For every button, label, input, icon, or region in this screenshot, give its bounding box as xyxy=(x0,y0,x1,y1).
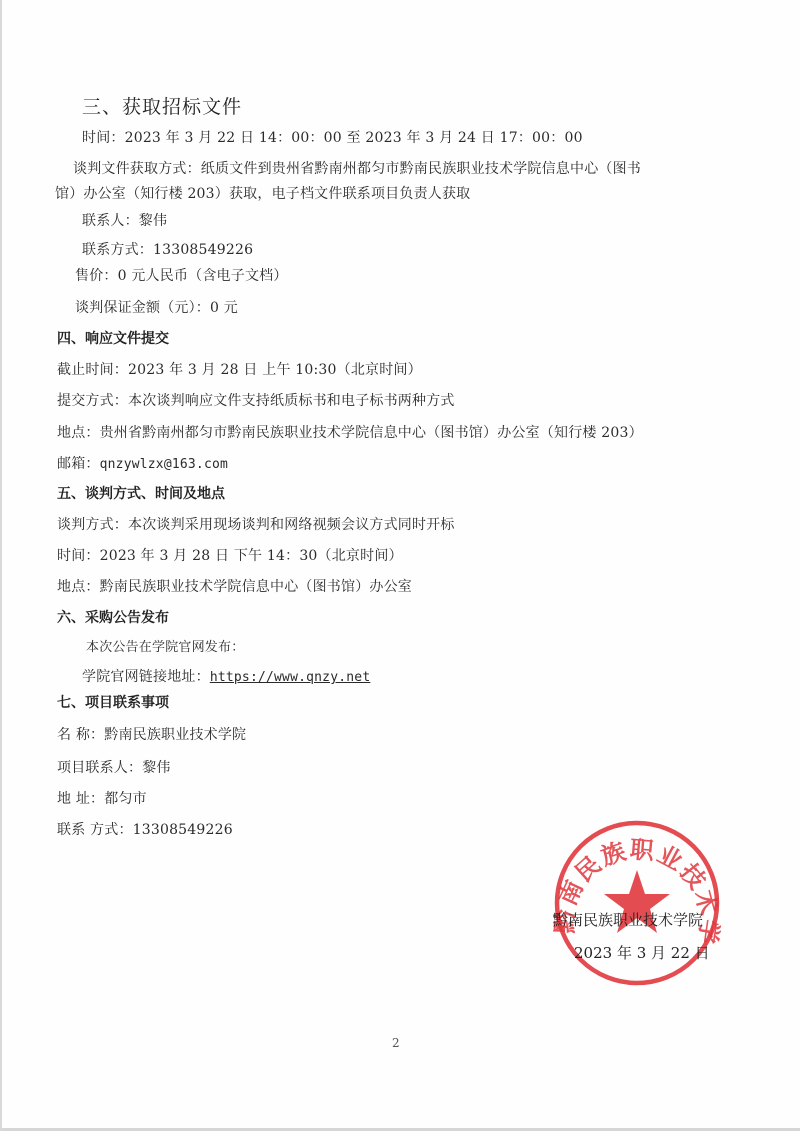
project-contact-phone: 联系 方式：13308549226 xyxy=(57,822,233,838)
doc-acquire-method-line2: 馆）办公室（知行楼 203）获取，电子档文件联系项目负责人获取 xyxy=(55,186,470,202)
doc-acquire-time: 时间：2023 年 3 月 22 日 14：00：00 至 2023 年 3 月… xyxy=(82,130,583,146)
submit-method: 提交方式：本次谈判响应文件支持纸质标书和电子标书两种方式 xyxy=(57,393,455,409)
section-5-heading: 五、谈判方式、时间及地点 xyxy=(57,486,225,502)
negotiation-time: 时间：2023 年 3 月 28 日 下午 14：30（北京时间） xyxy=(57,548,403,564)
org-name: 名 称：黔南民族职业技术学院 xyxy=(57,727,246,743)
section-7-heading: 七、项目联系事项 xyxy=(57,695,169,711)
website-line: 学院官网链接地址：https://www.qnzy.net xyxy=(82,669,370,686)
page-number: 2 xyxy=(392,1036,400,1050)
doc-acquire-method-line1: 谈判文件获取方式：纸质文件到贵州省黔南州都匀市黔南民族职业技术学院信息中心（图书 xyxy=(73,161,641,177)
signature-org: 黔南民族职业技术学院 xyxy=(553,909,703,930)
publish-note: 本次公告在学院官网发布： xyxy=(86,640,244,656)
project-contact-person: 项目联系人：黎伟 xyxy=(57,760,171,776)
website-label: 学院官网链接地址： xyxy=(82,669,210,685)
submit-location: 地点：贵州省黔南州都匀市黔南民族职业技术学院信息中心（图书馆）办公室（知行楼 2… xyxy=(57,425,643,441)
website-link[interactable]: https://www.qnzy.net xyxy=(210,670,371,685)
submit-deadline: 截止时间：2023 年 3 月 28 日 上午 10:30（北京时间） xyxy=(57,362,422,378)
negotiation-location: 地点：黔南民族职业技术学院信息中心（图书馆）办公室 xyxy=(57,579,412,595)
contact-phone: 联系方式：13308549226 xyxy=(82,242,253,258)
doc-price: 售价：0 元人民币（含电子文档） xyxy=(75,268,288,284)
org-address: 地 址：都匀市 xyxy=(57,791,147,807)
section-3-heading: 三、获取招标文件 xyxy=(82,96,242,118)
section-6-heading: 六、采购公告发布 xyxy=(57,610,169,626)
deposit-amount: 谈判保证金额（元）：0 元 xyxy=(75,300,238,316)
contact-person: 联系人：黎伟 xyxy=(82,213,167,229)
signature-date: 2023 年 3 月 22 日 xyxy=(574,942,710,963)
negotiation-method: 谈判方式：本次谈判采用现场谈判和网络视频会议方式同时开标 xyxy=(57,517,455,533)
email-address[interactable]: qnzywlzx@163.com xyxy=(100,457,228,472)
email-label: 邮箱： xyxy=(57,456,100,472)
section-4-heading: 四、响应文件提交 xyxy=(57,331,169,347)
email-line: 邮箱：qnzywlzx@163.com xyxy=(57,456,228,473)
